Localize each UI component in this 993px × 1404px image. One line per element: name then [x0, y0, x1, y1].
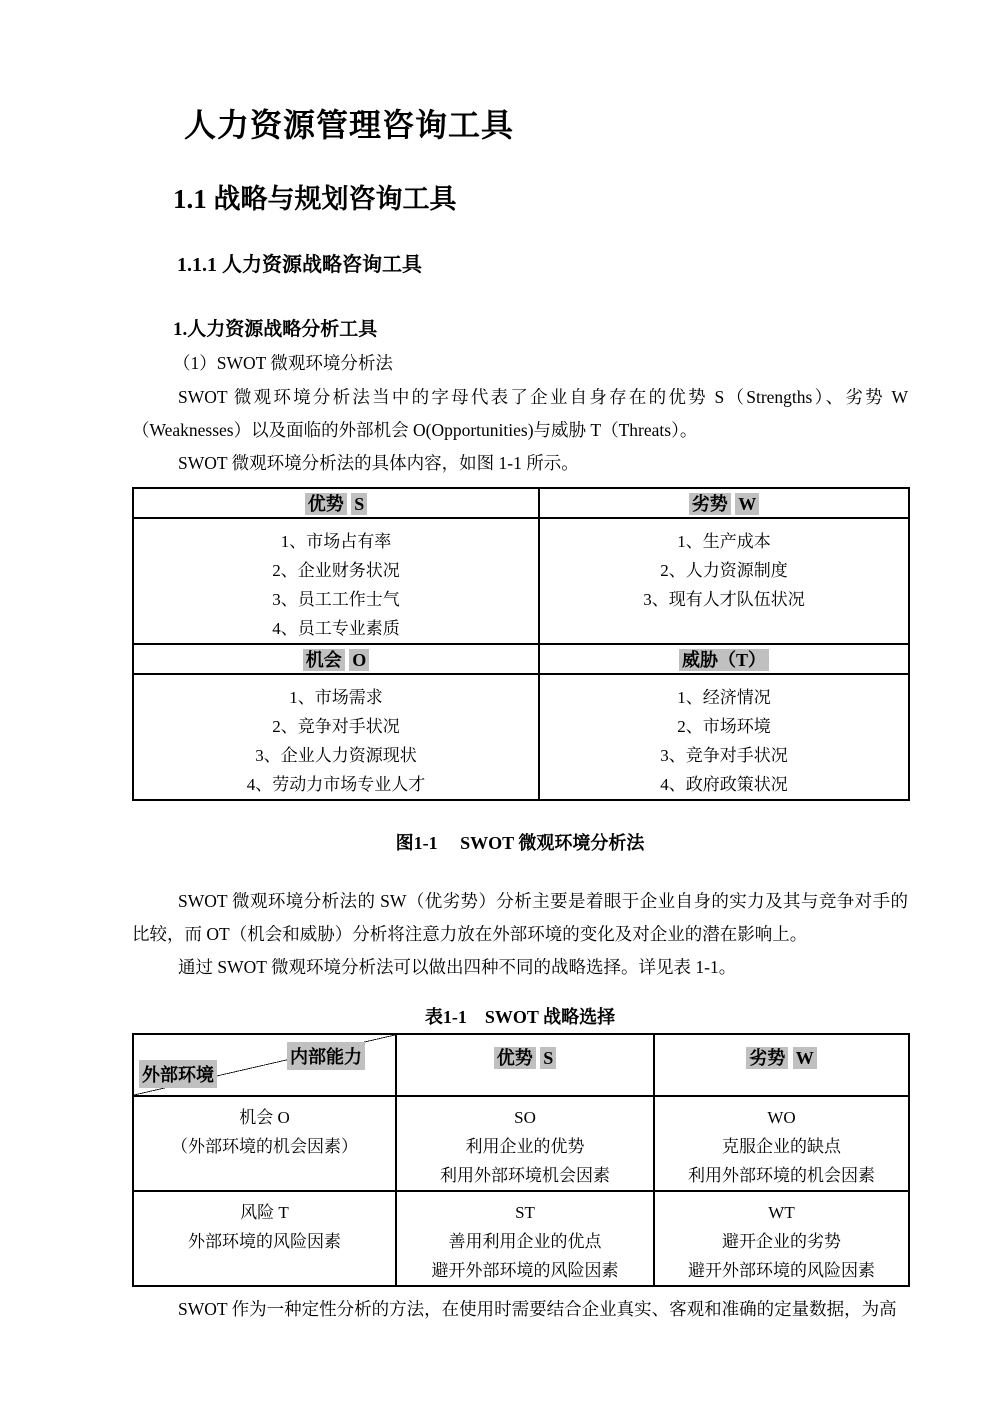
threats-header-cell: 威胁（T）: [539, 644, 909, 674]
internal-capability-label: 内部能力: [287, 1042, 365, 1070]
figure-caption: 图1-1 SWOT 微观环境分析法: [132, 831, 908, 855]
row-label-line: （外部环境的机会因素）: [136, 1132, 393, 1161]
list-item: 2、市场环境: [544, 712, 904, 741]
list-item: 2、人力资源制度: [544, 556, 904, 585]
strategy-table-header-row: 内部能力 外部环境 优势 S 劣势 W: [133, 1034, 909, 1096]
paragraph-sw-ot-analysis: SWOT 微观环境分析法的 SW（优劣势）分析主要是着眼于企业自身的实力及其与竞…: [132, 885, 908, 951]
strategy-line: 利用外部环境的机会因素: [657, 1161, 906, 1190]
strengths-header-cell: 优势 S: [133, 488, 539, 518]
weaknesses-label-zh: 劣势: [689, 493, 731, 515]
strategy-line: 利用企业的优势: [399, 1132, 651, 1161]
strategy-line: WO: [657, 1103, 906, 1132]
paragraph-closing: SWOT 作为一种定性分析的方法，在使用时需要结合企业真实、客观和准确的定量数据…: [132, 1293, 908, 1326]
document-page: 人力资源管理咨询工具 1.1 战略与规划咨询工具 1.1.1 人力资源战略咨询工…: [0, 0, 993, 1404]
list-item: 1、市场占有率: [138, 527, 534, 556]
strategy-line: ST: [399, 1198, 651, 1227]
opportunities-letter: O: [349, 649, 369, 671]
strategy-line: 善用利用企业的优点: [399, 1227, 651, 1256]
list-item: 1、市场需求: [138, 683, 534, 712]
paragraph-swot-intro: SWOT 微观环境分析法当中的字母代表了企业自身存在的优势 S（Strength…: [132, 381, 908, 447]
strengths-items-cell: 1、市场占有率 2、企业财务状况 3、员工工作士气 4、员工专业素质: [133, 518, 539, 644]
list-item: 3、竞争对手状况: [544, 741, 904, 770]
strategy-row-risk: 风险 T 外部环境的风险因素 ST 善用利用企业的优点 避开外部环境的风险因素 …: [133, 1191, 909, 1286]
wt-strategy-cell: WT 避开企业的劣势 避开外部环境的风险因素: [654, 1191, 909, 1286]
strength-col-letter: S: [540, 1047, 556, 1069]
weaknesses-header-cell: 劣势 W: [539, 488, 909, 518]
threats-label: 威胁（T）: [679, 649, 769, 671]
table-row-headers-sw: 优势 S 劣势 W: [133, 488, 909, 518]
row-label-line: 外部环境的风险因素: [136, 1227, 393, 1256]
paragraph-table-ref: 通过 SWOT 微观环境分析法可以做出四种不同的战略选择。详见表 1-1。: [132, 951, 908, 984]
table-caption: 表1-1 SWOT 战略选择: [132, 1005, 908, 1029]
so-strategy-cell: SO 利用企业的优势 利用外部环境机会因素: [396, 1096, 654, 1191]
list-item: 3、员工工作士气: [138, 585, 534, 614]
paragraph-figure-ref: SWOT 微观环境分析法的具体内容，如图 1-1 所示。: [132, 447, 908, 480]
list-item: 4、员工专业素质: [138, 614, 534, 643]
strategy-line: 避开企业的劣势: [657, 1227, 906, 1256]
row-label-line: 风险 T: [136, 1198, 393, 1227]
opportunities-label-zh: 机会: [303, 649, 345, 671]
strategy-line: SO: [399, 1103, 651, 1132]
list-item: 1、生产成本: [544, 527, 904, 556]
table-row-items-ot: 1、市场需求 2、竞争对手状况 3、企业人力资源现状 4、劳动力市场专业人才 1…: [133, 674, 909, 800]
table-row-items-sw: 1、市场占有率 2、企业财务状况 3、员工工作士气 4、员工专业素质 1、生产成…: [133, 518, 909, 644]
list-item: 1、经济情况: [544, 683, 904, 712]
list-item: 3、现有人才队伍状况: [544, 585, 904, 614]
list-item: 3、企业人力资源现状: [138, 741, 534, 770]
weakness-column-header: 劣势 W: [654, 1034, 909, 1096]
subsection-heading: 1.1.1 人力资源战略咨询工具: [177, 252, 908, 278]
threats-items-cell: 1、经济情况 2、市场环境 3、竞争对手状况 4、政府政策状况: [539, 674, 909, 800]
list-item: 4、政府政策状况: [544, 770, 904, 799]
weaknesses-letter: W: [735, 493, 759, 515]
list-item: 4、劳动力市场专业人才: [138, 770, 534, 799]
strategy-line: 避开外部环境的风险因素: [657, 1256, 906, 1285]
strategy-line: WT: [657, 1198, 906, 1227]
risk-row-label-cell: 风险 T 外部环境的风险因素: [133, 1191, 396, 1286]
strengths-label-zh: 优势: [305, 493, 347, 515]
document-title: 人力资源管理咨询工具: [184, 104, 908, 146]
section-heading: 1.1 战略与规划咨询工具: [173, 182, 908, 216]
swot-quadrant-table: 优势 S 劣势 W 1、市场占有率 2、企业财务状况 3、员工工作士气 4、员工…: [132, 487, 910, 801]
strategy-line: 避开外部环境的风险因素: [399, 1256, 651, 1285]
strengths-letter: S: [351, 493, 367, 515]
method-name-line: （1）SWOT 微观环境分析法: [173, 351, 908, 375]
swot-strategy-table: 内部能力 外部环境 优势 S 劣势 W 机会 O （外部环境的机会因素） SO …: [132, 1033, 910, 1287]
row-label-line: 机会 O: [136, 1103, 393, 1132]
list-item: 2、企业财务状况: [138, 556, 534, 585]
strategy-line: 利用外部环境机会因素: [399, 1161, 651, 1190]
list-item: 2、竞争对手状况: [138, 712, 534, 741]
table-row-headers-ot: 机会 O 威胁（T）: [133, 644, 909, 674]
st-strategy-cell: ST 善用利用企业的优点 避开外部环境的风险因素: [396, 1191, 654, 1286]
opportunity-row-label-cell: 机会 O （外部环境的机会因素）: [133, 1096, 396, 1191]
strength-column-header: 优势 S: [396, 1034, 654, 1096]
weakness-col-letter: W: [793, 1047, 817, 1069]
weaknesses-items-cell: 1、生产成本 2、人力资源制度 3、现有人才队伍状况: [539, 518, 909, 644]
opportunities-header-cell: 机会 O: [133, 644, 539, 674]
weakness-col-label-zh: 劣势: [746, 1047, 788, 1069]
strategy-row-opportunity: 机会 O （外部环境的机会因素） SO 利用企业的优势 利用外部环境机会因素 W…: [133, 1096, 909, 1191]
opportunities-items-cell: 1、市场需求 2、竞争对手状况 3、企业人力资源现状 4、劳动力市场专业人才: [133, 674, 539, 800]
external-environment-label: 外部环境: [139, 1060, 217, 1088]
tool-list-heading: 1.人力资源战略分析工具: [173, 318, 908, 342]
strength-col-label-zh: 优势: [494, 1047, 536, 1069]
matrix-corner-cell: 内部能力 外部环境: [133, 1034, 396, 1096]
wo-strategy-cell: WO 克服企业的缺点 利用外部环境的机会因素: [654, 1096, 909, 1191]
strategy-line: 克服企业的缺点: [657, 1132, 906, 1161]
